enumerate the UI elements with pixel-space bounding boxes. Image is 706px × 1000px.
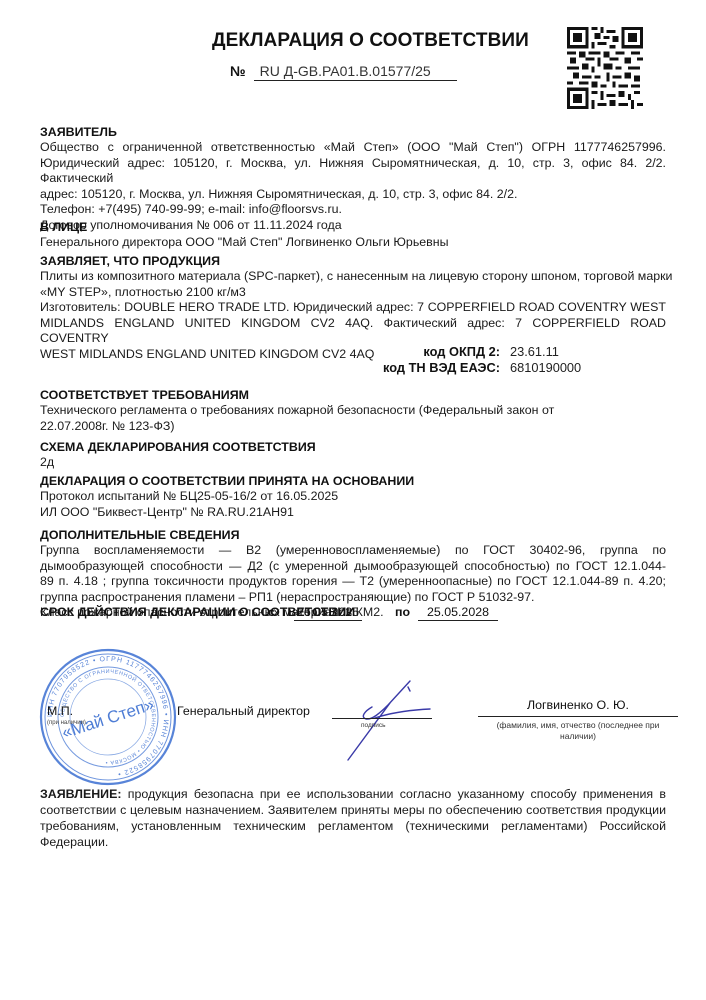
number-sign: № (230, 63, 246, 79)
title-text: ДЕКЛАРАЦИЯ О СООТВЕТСТВИИ (212, 30, 529, 52)
additional-line: 89 п. 4.18 ; группа токсичности продукто… (40, 574, 666, 590)
conformity-heading: СООТВЕТСТВУЕТ ТРЕБОВАНИЯМ (40, 388, 249, 402)
applicant-line: адрес: 105120, г. Москва, ул. Нижняя Сыр… (40, 187, 666, 203)
signer-name-caption-line: наличии) (478, 731, 678, 742)
represented-by-text: Генерального директора ООО "Май Степ" Ло… (40, 235, 666, 251)
basis-heading: ДЕКЛАРАЦИЯ О СООТВЕТСТВИИ ПРИНЯТА НА ОСН… (40, 474, 414, 488)
represented-by-value: Генерального директора ООО "Май Степ" Ло… (40, 235, 666, 251)
okpd-code-row: код ОКПД 2: 23.61.11 (300, 344, 581, 360)
signer-role: Генеральный директор (177, 704, 310, 718)
qr-code-icon (567, 27, 643, 109)
conformity-line: 22.07.2008г. № 123-ФЗ) (40, 419, 666, 435)
product-line: Плиты из композитного материала (SPC-пар… (40, 269, 666, 285)
applicant-line: Телефон: +7(495) 740-99-99; e-mail: info… (40, 202, 666, 218)
signature-label: подпись (361, 722, 386, 729)
scheme-value: 2д (40, 455, 666, 471)
product-heading: ЗАЯВЛЯЕТ, ЧТО ПРОДУКЦИЯ (40, 254, 220, 268)
declaration-number: №RU Д-GB.PA01.B.01577/25 (230, 63, 457, 81)
validity-from-label: с (268, 605, 275, 619)
signer-name-line (478, 716, 678, 717)
validity-period: СРОК ДЕЙСТВИЯ ДЕКЛАРАЦИИ О СООТВЕТСТВИИ … (40, 605, 680, 625)
tnved-code-value: 6810190000 (510, 360, 581, 376)
statement-text: продукция безопасна при ее использовании… (40, 787, 666, 849)
additional-line: дымообразующей способности — Д2 (с умере… (40, 559, 666, 575)
applicant-line: Юридический адрес: 105120, г. Москва, ул… (40, 156, 666, 187)
applicant-line: Договор уполномочивания № 006 от 11.11.2… (40, 218, 666, 234)
applicant-heading: ЗАЯВИТЕЛЬ (40, 125, 117, 139)
validity-to-date: 25.05.2028 (418, 605, 498, 621)
product-line: «MY STEP», плотностью 2100 кг/м3 (40, 285, 666, 301)
conformity-text: Технического регламента о требованиях по… (40, 403, 666, 434)
represented-by-heading: В ЛИЦЕ (40, 220, 87, 234)
stamp-place-label: М.П. (47, 704, 73, 718)
stamp-place-note: (при наличии) (47, 720, 86, 726)
basis-text: Протокол испытаний № БЦ25-05-16/2 от 16.… (40, 489, 666, 520)
signer-name-caption-line: (фамилия, имя, отчество (последнее при (478, 720, 678, 731)
statement: ЗАЯВЛЕНИЕ: продукция безопасна при ее ис… (40, 786, 666, 850)
validity-to-label: по (395, 605, 410, 619)
signature-line (332, 718, 432, 719)
additional-heading: ДОПОЛНИТЕЛЬНЫЕ СВЕДЕНИЯ (40, 528, 239, 542)
signature-icon (330, 675, 450, 765)
statement-label: ЗАЯВЛЕНИЕ: (40, 787, 121, 801)
scheme-text: 2д (40, 455, 666, 471)
scheme-heading: СХЕМА ДЕКЛАРИРОВАНИЯ СООТВЕТСТВИЯ (40, 440, 316, 454)
additional-line: Группа воспламеняемости — В2 (умеренново… (40, 543, 666, 559)
tnved-code-row: код ТН ВЭД ЕАЭС: 6810190000 (300, 360, 581, 376)
conformity-line: Технического регламента о требованиях по… (40, 403, 666, 419)
basis-line: ИЛ ООО "Биквест-Центр" № RA.RU.21AH91 (40, 505, 666, 521)
okpd-code-value: 23.61.11 (510, 344, 559, 360)
signer-name-caption: (фамилия, имя, отчество (последнее при н… (478, 720, 678, 742)
number-value: RU Д-GB.PA01.B.01577/25 (254, 63, 457, 81)
product-line: Изготовитель: DOUBLE HERO TRADE LTD. Юри… (40, 300, 666, 316)
basis-line: Протокол испытаний № БЦ25-05-16/2 от 16.… (40, 489, 666, 505)
additional-line: группа распространения пламени – РП1 (не… (40, 590, 666, 606)
applicant-text: Общество с ограниченной ответственностью… (40, 140, 666, 234)
signer-name: Логвиненко О. Ю. (478, 698, 678, 712)
product-line: MIDLANDS ENGLAND UNITED KINGDOM CV2 4AQ.… (40, 316, 666, 347)
okpd-code-label: код ОКПД 2: (300, 344, 510, 360)
tnved-code-label: код ТН ВЭД ЕАЭС: (300, 360, 510, 376)
validity-from-date: 26.05.2025 (294, 605, 362, 621)
applicant-line: Общество с ограниченной ответственностью… (40, 140, 666, 156)
product-codes: код ОКПД 2: 23.61.11 код ТН ВЭД ЕАЭС: 68… (300, 344, 581, 376)
